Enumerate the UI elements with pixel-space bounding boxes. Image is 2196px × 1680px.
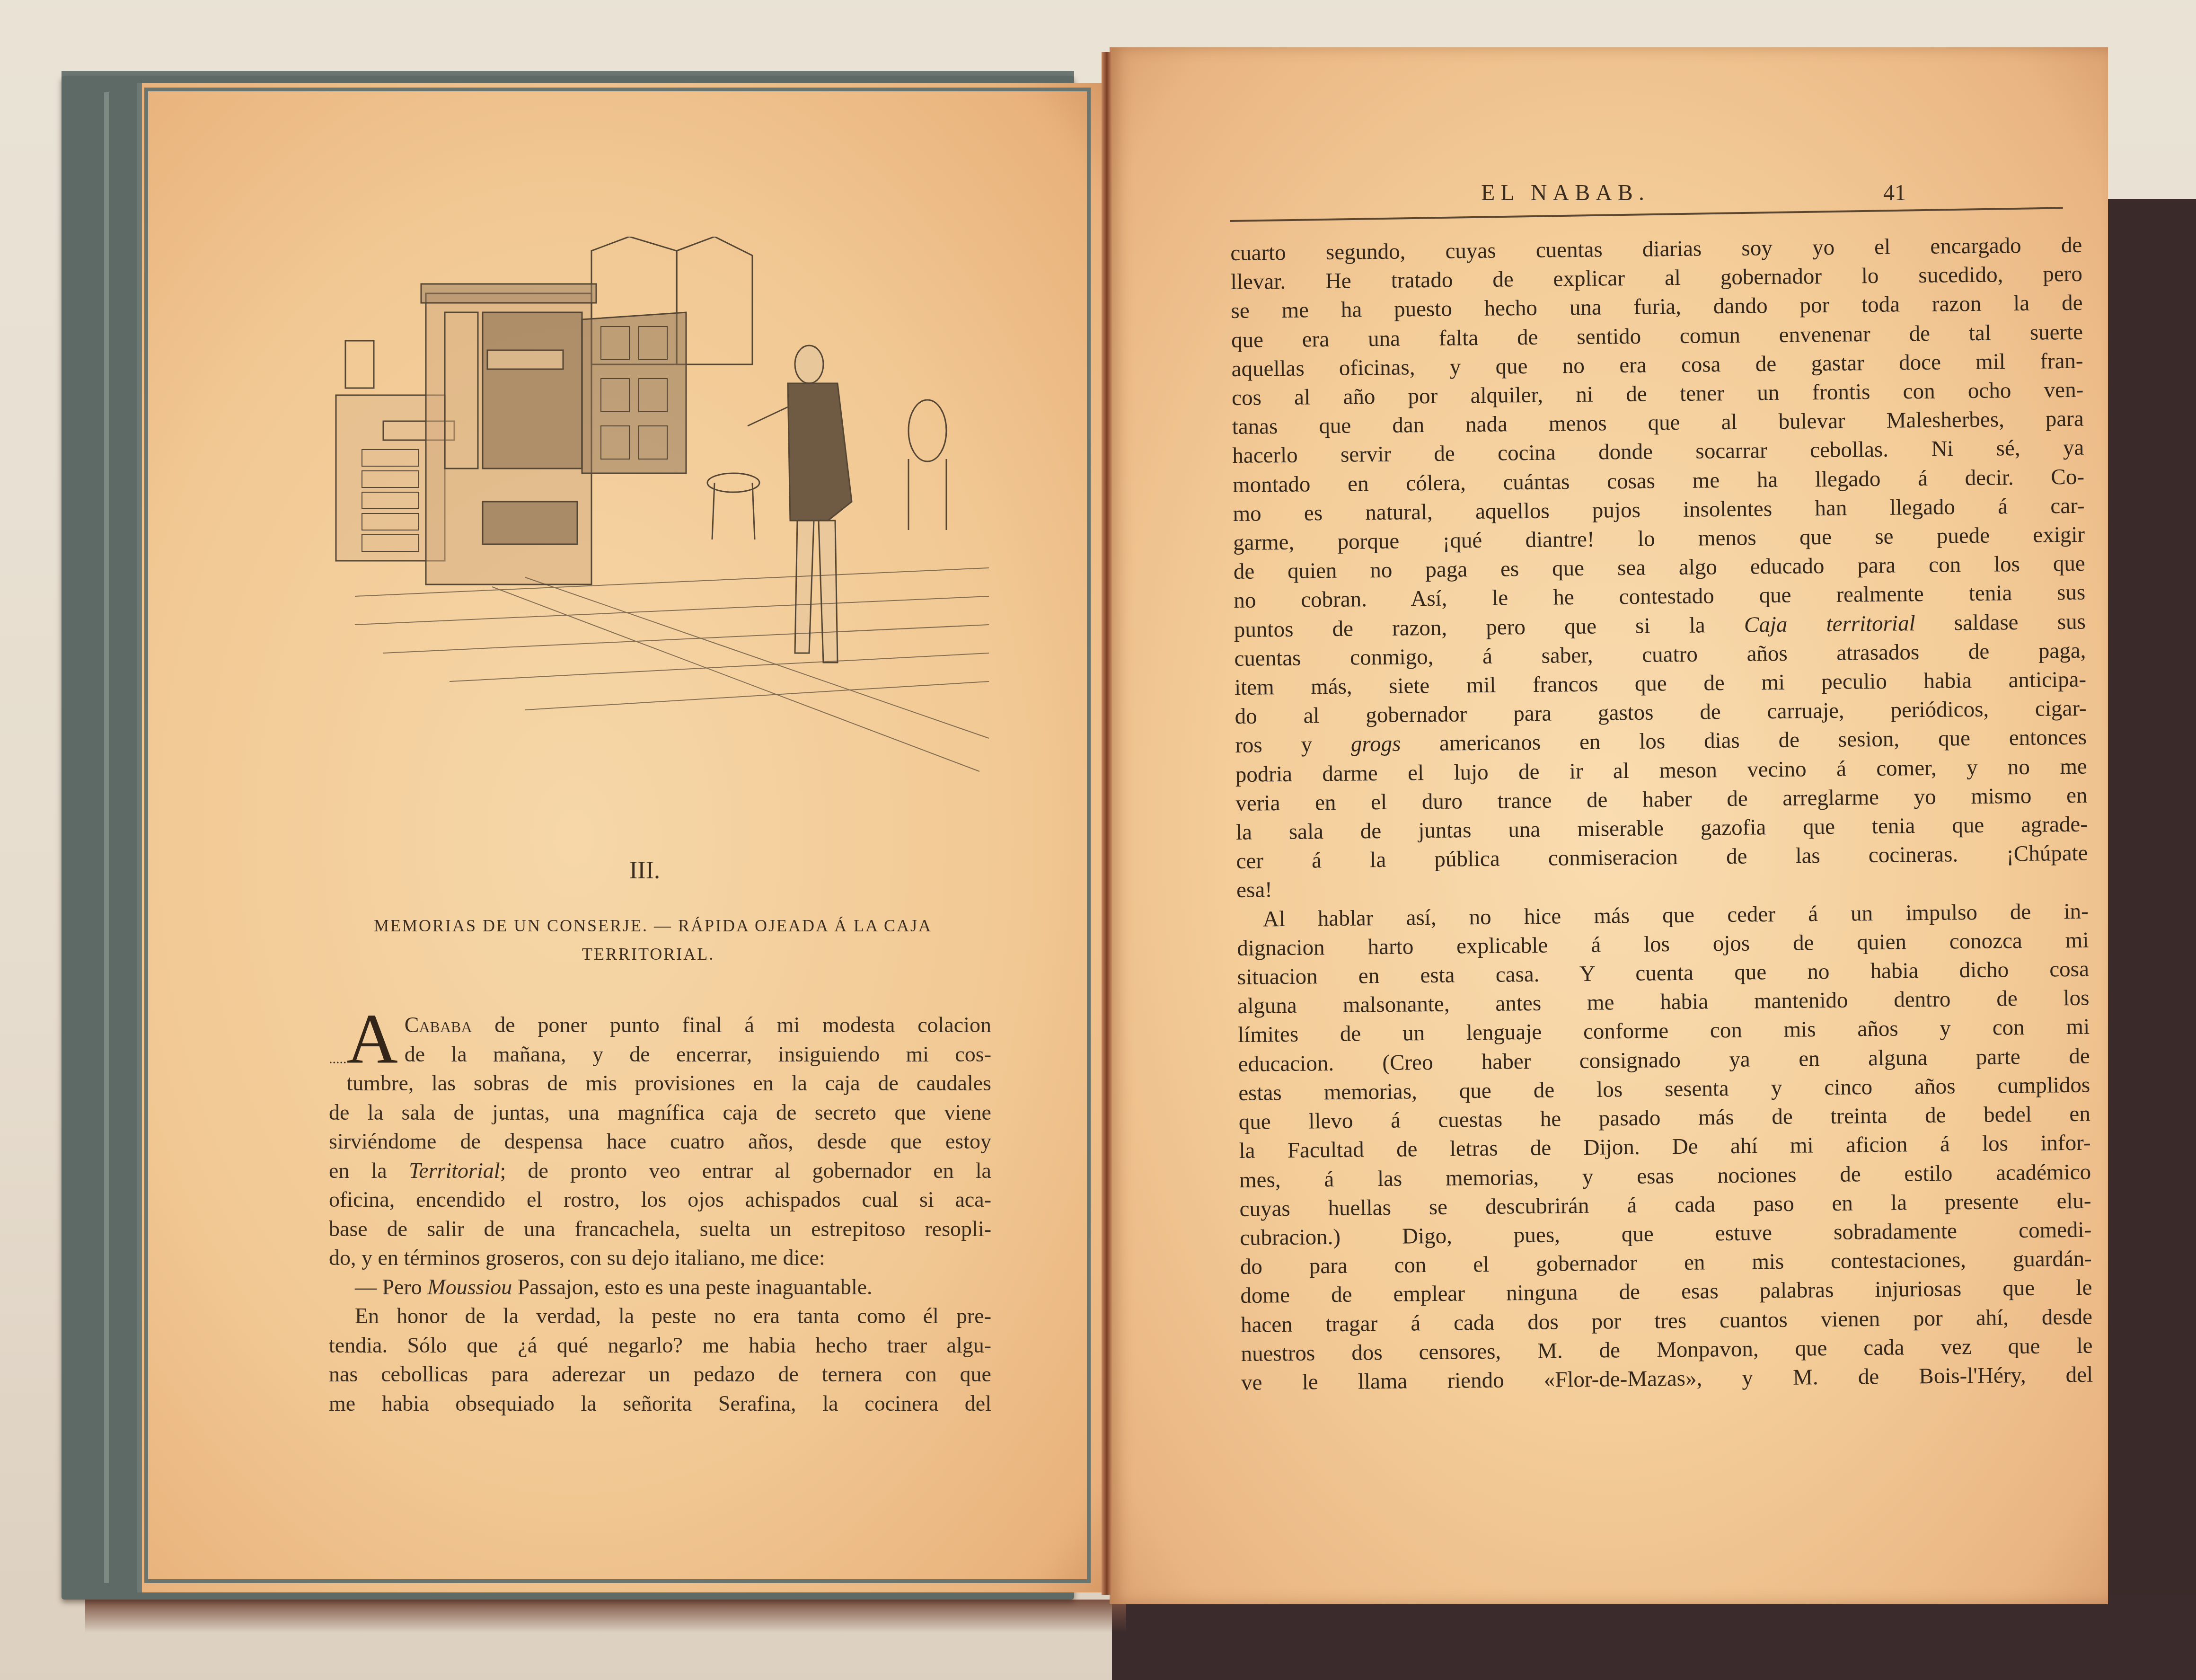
text-line: base de salir de una francachela, suelta… xyxy=(329,1214,991,1244)
text-line: En honor de la verdad, la peste no era t… xyxy=(329,1301,991,1331)
text-line: en la Territorial; de pronto veo entrar … xyxy=(329,1156,991,1185)
text-line: tumbre, las sobras de mis provisiones en… xyxy=(329,1069,991,1098)
table-shadow-right xyxy=(2101,199,2196,1680)
running-head: EL NABAB. 41 xyxy=(1226,175,2110,218)
right-page-body: cuarto segundo, cuyas cuentas diarias so… xyxy=(1230,231,2093,1397)
left-page-body: ..... A Cababa de poner punto final á mi… xyxy=(329,1010,991,1418)
engraving-illustration xyxy=(326,237,998,786)
text-line: sirviéndome de despensa hace cuatro años… xyxy=(329,1127,991,1156)
running-head-title: EL NABAB. xyxy=(1481,180,1650,206)
drop-cap-leader: ..... xyxy=(329,1044,347,1074)
text-line: oficina, encendido el rostro, los ojos a… xyxy=(329,1185,991,1214)
chapter-number: III. xyxy=(629,857,660,884)
text-line: Cababa de poner punto final á mi modesta… xyxy=(329,1010,991,1040)
text-line: me habia obsequiado la señorita Serafina… xyxy=(329,1389,991,1418)
text-line: tendia. Sólo que ¿á qué negarlo? me habi… xyxy=(329,1331,991,1360)
text-line: — Pero Moussiou Passajon, esto es una pe… xyxy=(329,1273,991,1302)
cover-edge-line xyxy=(104,92,109,1583)
chapter-summary: MEMORIAS DE UN CONSERJE. — RÁPIDA OJEADA… xyxy=(374,916,932,936)
book-shadow xyxy=(85,1600,1126,1633)
text-line: nas cebollicas para aderezar un pedazo d… xyxy=(329,1360,991,1389)
text-line: de la mañana, y de encerrar, insiguiendo… xyxy=(329,1040,991,1069)
table-shadow-bottom xyxy=(1112,1595,2196,1680)
text-line: de la sala de juntas, una magnífica caja… xyxy=(329,1098,991,1127)
text-line: do, y en términos groseros, con su dejo … xyxy=(329,1243,991,1273)
page-number: 41 xyxy=(1883,180,1906,206)
chapter-summary-continued: TERRITORIAL. xyxy=(582,944,714,964)
drop-cap: A xyxy=(347,1010,398,1067)
book-gutter xyxy=(1102,52,1112,1595)
